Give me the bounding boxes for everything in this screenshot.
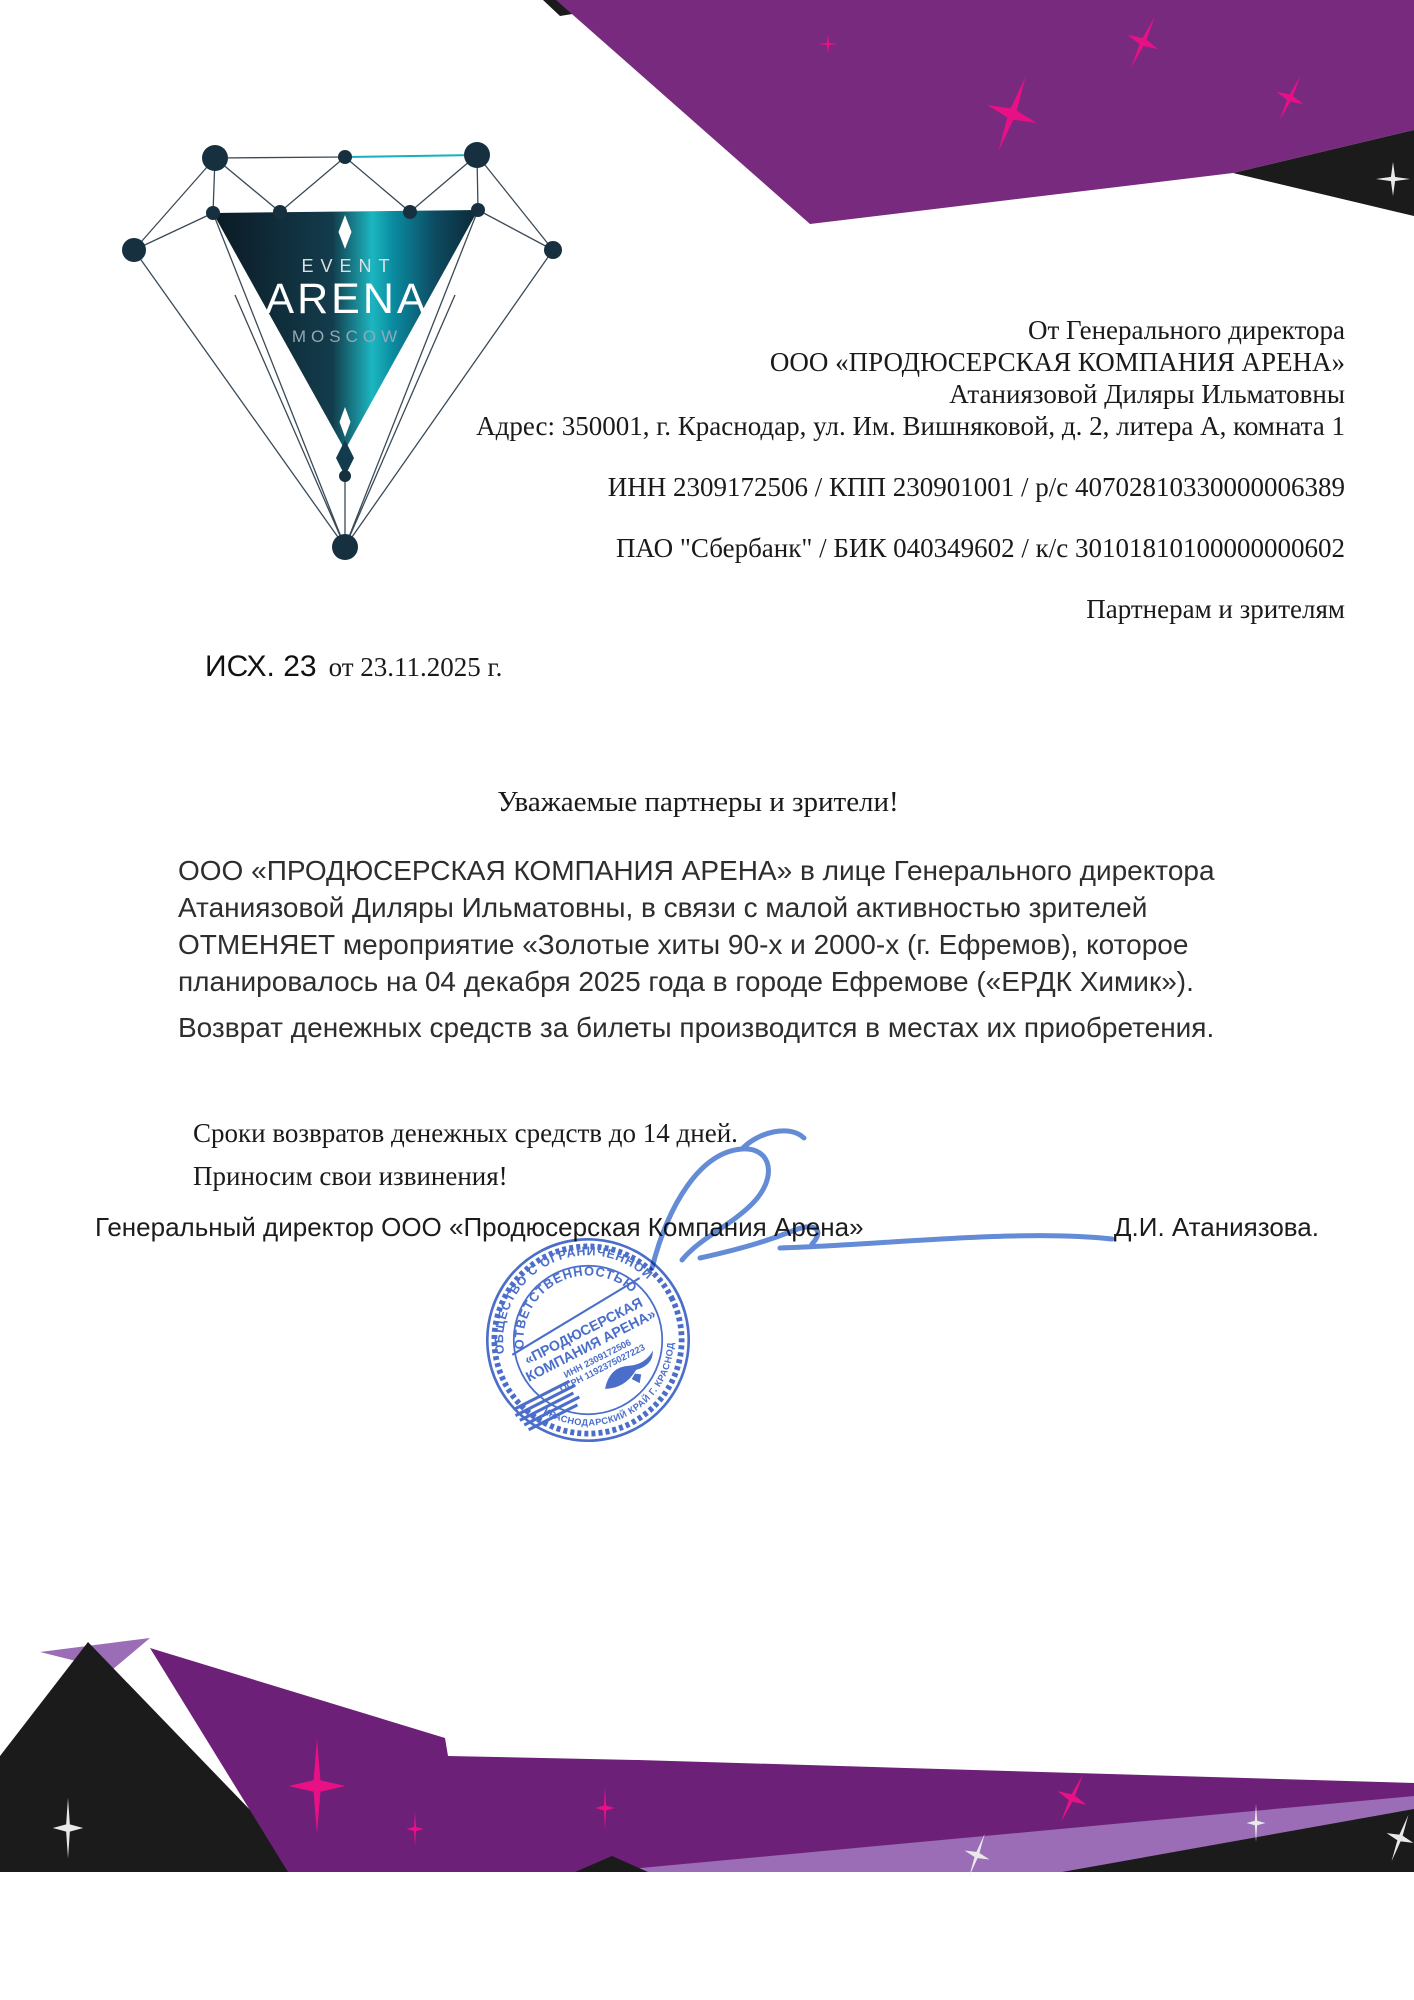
bottom-decoration: [0, 1630, 1414, 1880]
sender-from-line: От Генерального директора: [195, 314, 1345, 346]
letter-page: EVENT ARENA MOSCOW От Генерального дирек…: [0, 0, 1414, 2000]
paragraph-line: планировалось на 04 декабря 2025 года в …: [178, 963, 1215, 1000]
sender-requisites-2: ПАО "Сбербанк" / БИК 040349602 / к/с 301…: [195, 532, 1345, 564]
logo-line-event: EVENT: [301, 256, 396, 276]
paragraph-cancellation: ООО «ПРОДЮСЕРСКАЯ КОМПАНИЯ АРЕНА» в лице…: [178, 852, 1215, 1000]
paragraph-line: ООО «ПРОДЮСЕРСКАЯ КОМПАНИЯ АРЕНА» в лице…: [178, 852, 1215, 889]
sender-company: ООО «ПРОДЮСЕРСКАЯ КОМПАНИЯ АРЕНА»: [195, 346, 1345, 378]
salutation: Уважаемые партнеры и зрители!: [178, 786, 1218, 819]
paragraph-refund: Возврат денежных средств за билеты произ…: [178, 1012, 1214, 1044]
outgoing-ref: ИСХ. 23 от 23.11.2025 г.: [205, 650, 502, 684]
sender-director: Атаниязовой Диляры Ильматовны: [195, 378, 1345, 410]
sender-block: От Генерального директора ООО «ПРОДЮСЕРС…: [195, 314, 1345, 625]
sender-requisites-1: ИНН 2309172506 / КПП 230901001 / р/с 407…: [195, 471, 1345, 503]
addressee-line: Партнерам и зрителям: [195, 593, 1345, 625]
paragraph-line: ОТМЕНЯЕТ мероприятие «Золотые хиты 90-х …: [178, 926, 1215, 963]
paragraph-line: Атаниязовой Диляры Ильматовны, в связи с…: [178, 889, 1215, 926]
purple-banner: [556, 0, 1414, 224]
outgoing-date: от 23.11.2025 г.: [329, 652, 503, 682]
handwritten-signature: [600, 1110, 1160, 1290]
outgoing-number: ИСХ. 23: [205, 650, 317, 683]
sender-address: Адрес: 350001, г. Краснодар, ул. Им. Виш…: [195, 410, 1345, 442]
